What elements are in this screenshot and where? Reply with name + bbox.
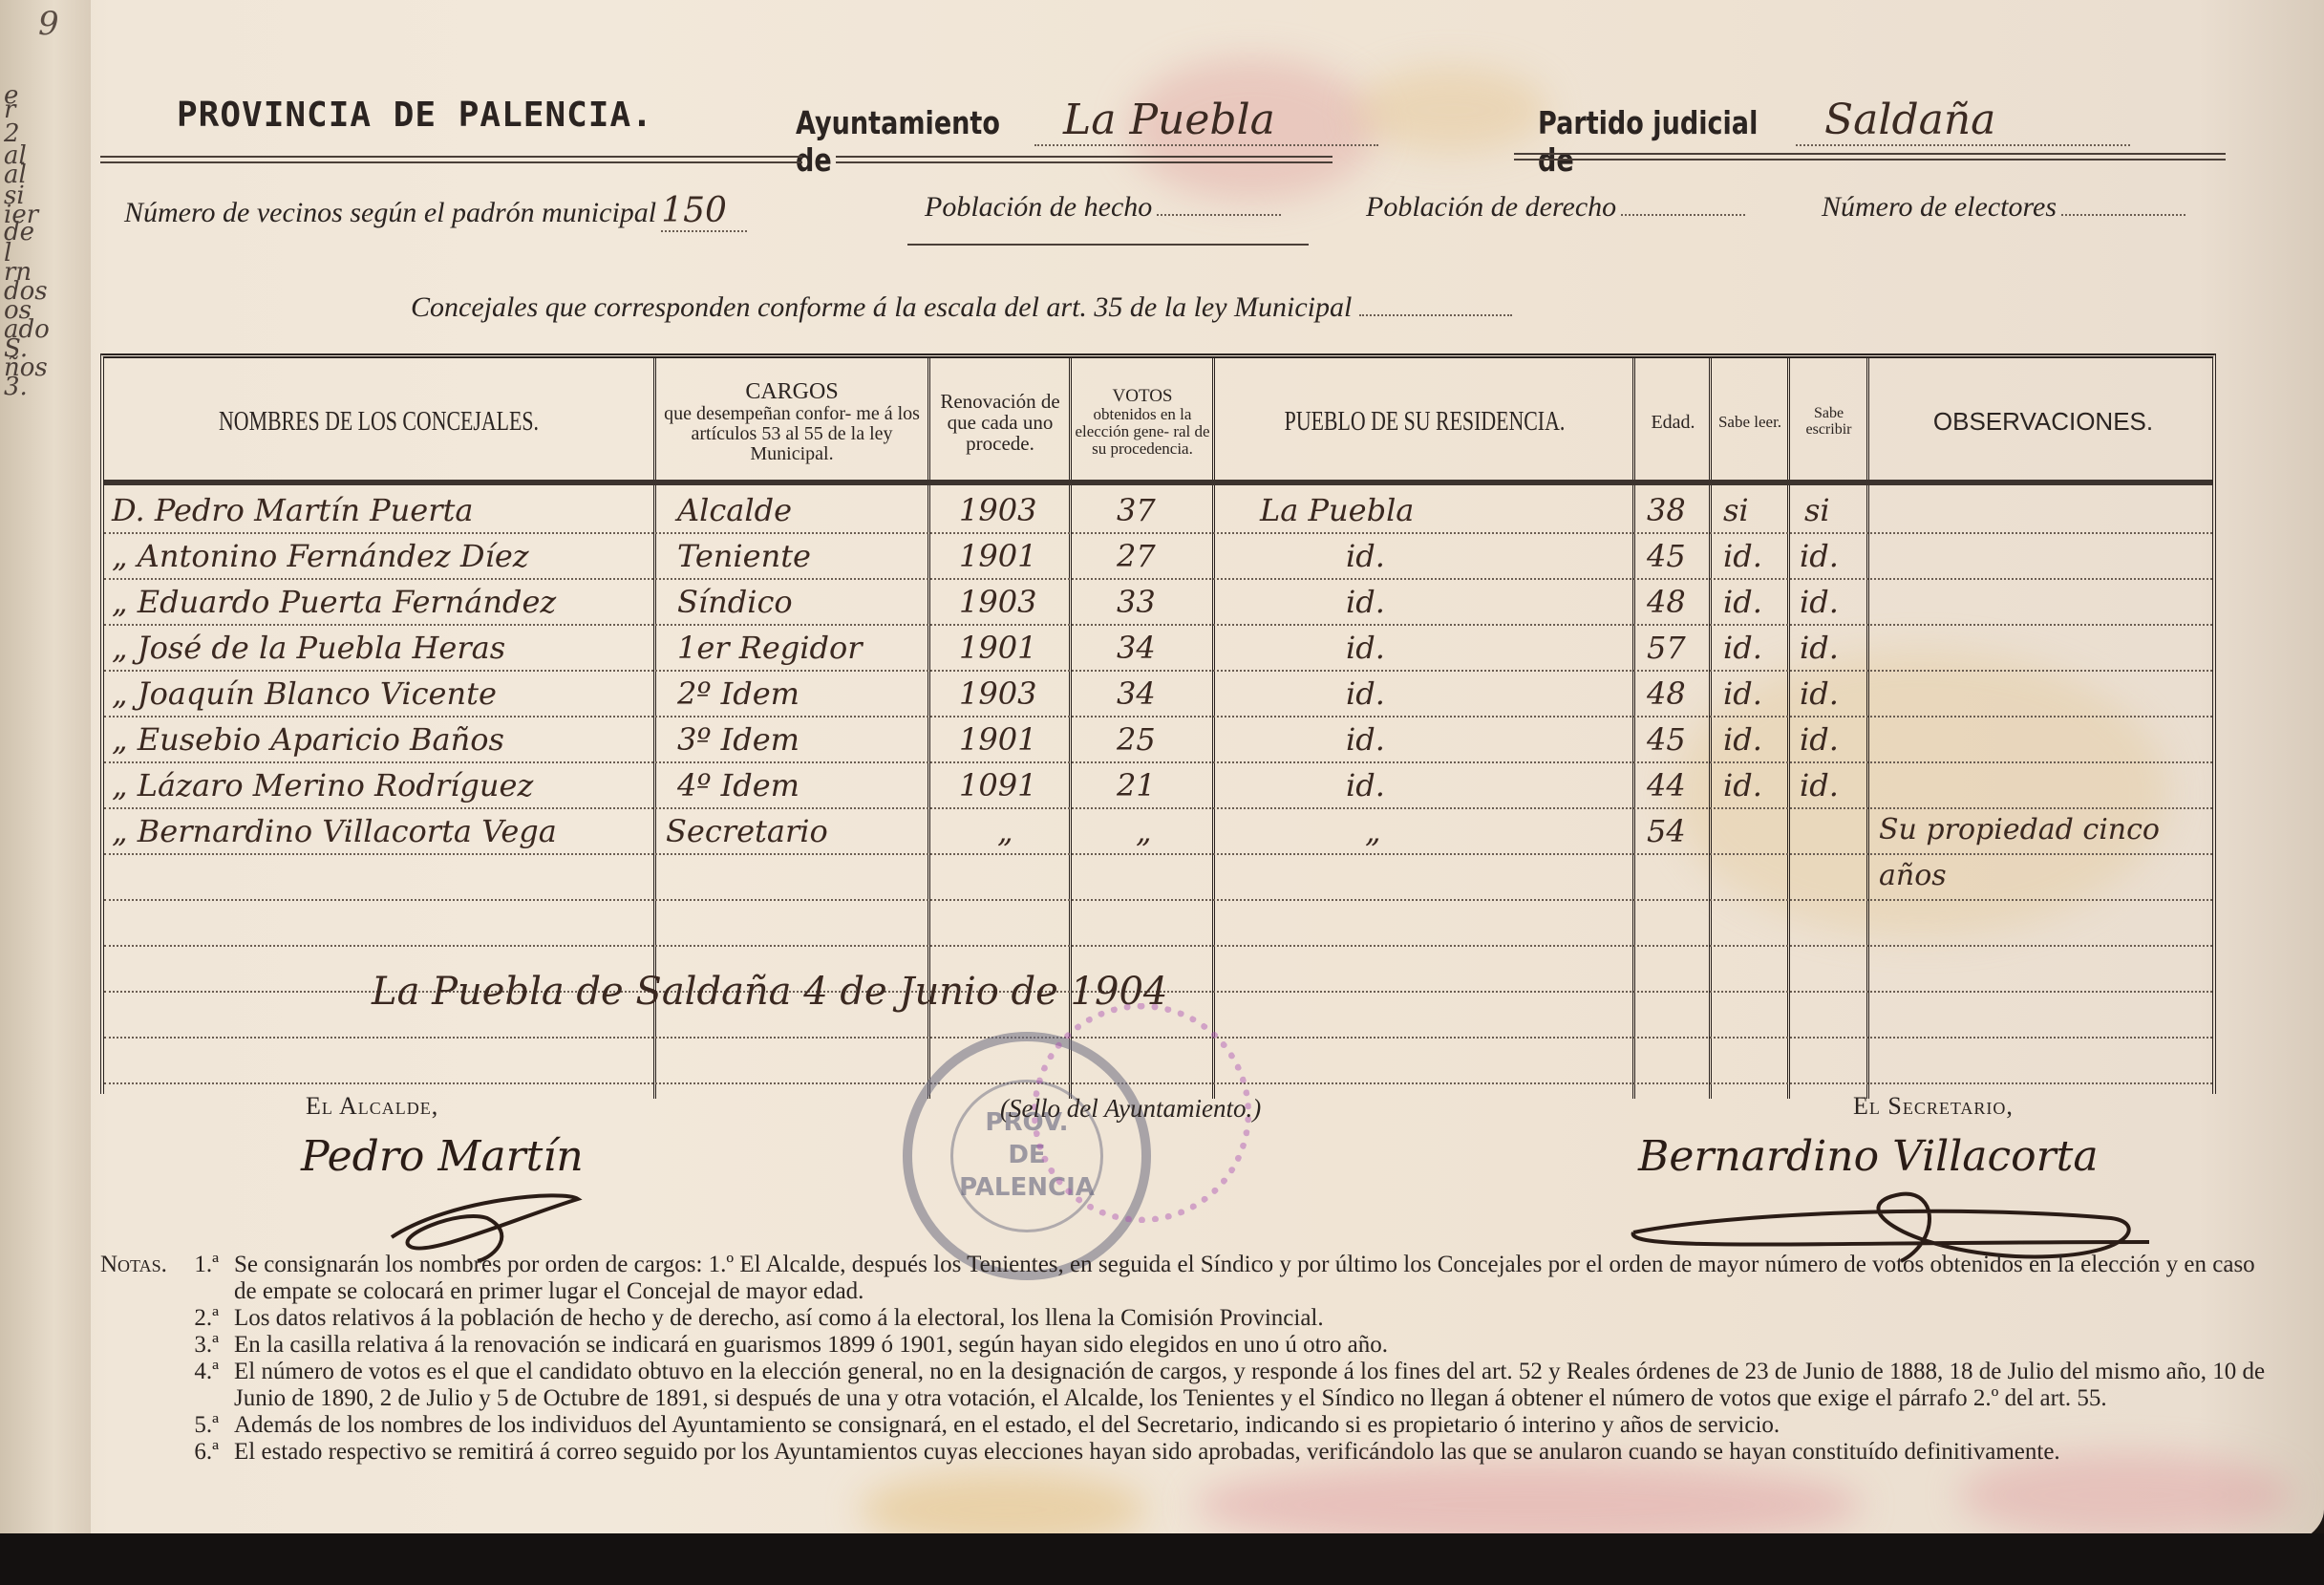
cell-cargo: Alcalde [677, 492, 792, 528]
electores-label: Número de electores [1822, 191, 2057, 223]
provincia-title: PROVINCIA DE PALENCIA. [177, 96, 653, 135]
cell-votos: „ [1136, 813, 1152, 849]
note-text: Los datos relativos á la población de he… [234, 1305, 2278, 1332]
document-page: 9 e r 2 al al si ier de l rn dos os ado … [0, 0, 2324, 1548]
electores-field: Número de electores [1822, 191, 2185, 229]
cell-votos: 27 [1117, 538, 1156, 574]
note-number: 5.ª [100, 1412, 234, 1439]
divider [1514, 153, 2226, 161]
cell-nombre: „ Eusebio Aparicio Baños [112, 721, 504, 758]
poblacion-derecho-field: Población de derecho [1366, 191, 1745, 229]
concejales-heading: Concejales que corresponden conforme á l… [411, 291, 1512, 324]
cell-renovacion: 1901 [959, 538, 1036, 574]
cell-sabe-leer: id. [1723, 630, 1762, 666]
cell-nombre: „ Lázaro Merino Rodríguez [112, 767, 533, 803]
column-divider [1632, 358, 1635, 1099]
cell-nombre: „ Bernardino Villacorta Vega [112, 813, 557, 849]
cell-renovacion: „ [997, 813, 1013, 849]
row-line [104, 945, 2212, 947]
cell-pueblo: id. [1346, 630, 1385, 666]
cell-votos: 25 [1117, 721, 1156, 758]
cell-sabe-leer: id. [1723, 767, 1762, 803]
cell-edad: 54 [1647, 813, 1686, 849]
cell-renovacion: 1091 [959, 767, 1036, 803]
row-line [104, 853, 2212, 855]
note-number: 2.ª [100, 1305, 234, 1332]
cell-pueblo: id. [1346, 584, 1385, 620]
cell-votos: 34 [1117, 630, 1156, 666]
cell-cargo: 1er Regidor [677, 630, 863, 666]
note-item: 4.ªEl número de votos es el que el candi… [100, 1359, 2278, 1412]
cell-sabe-escribir: id. [1800, 538, 1839, 574]
note-item: 3.ªEn la casilla relativa á la renovació… [100, 1332, 2278, 1359]
sello-caption: (Sello del Ayuntamiento.) [1000, 1094, 1261, 1124]
cell-nombre: „ José de la Puebla Heras [112, 630, 505, 666]
row-line [104, 807, 2212, 809]
header-cargos-title: CARGOS [745, 380, 838, 404]
header-cargos-subtitle: que desempeñan confor- me á los artículo… [658, 404, 926, 464]
row-line [104, 532, 2212, 534]
cell-sabe-leer: id. [1723, 584, 1762, 620]
row-line [104, 716, 2212, 718]
header-sabe-leer: Sabe leer. [1714, 366, 1786, 479]
cell-nombre: „ Eduardo Puerta Fernández [112, 584, 556, 620]
partido-label: Partido judicial de [1538, 104, 1797, 179]
cell-cargo: 4º Idem [677, 767, 800, 803]
divider [100, 156, 802, 163]
header-renovacion: Renovación de que cada uno procede. [932, 366, 1068, 479]
cell-sabe-leer: id. [1723, 721, 1762, 758]
header-observaciones: OBSERVACIONES. [1871, 366, 2215, 479]
header-edad: Edad. [1637, 366, 1709, 479]
concejales-heading-text: Concejales que corresponden conforme á l… [411, 291, 1352, 323]
header-nombres: NOMBRES DE LOS CONCEJALES. [164, 366, 593, 479]
notes-section: Notas. 1.ªSe consignarán los nombres por… [100, 1252, 2278, 1466]
stain [1356, 67, 1547, 153]
note-number: 3.ª [100, 1332, 234, 1359]
cell-sabe-escribir: id. [1800, 721, 1839, 758]
cell-pueblo: id. [1346, 538, 1385, 574]
column-divider [1709, 358, 1712, 1099]
cell-cargo: Teniente [677, 538, 811, 574]
alcalde-signature: Pedro Martín [301, 1132, 584, 1181]
divider [836, 156, 1333, 163]
note-text: Se consignarán los nombres por orden de … [234, 1252, 2278, 1305]
poblacion-hecho-field: Población de hecho [925, 191, 1281, 229]
divider [907, 244, 1309, 246]
note-text: En la casilla relativa á la renovación s… [234, 1332, 2278, 1359]
cell-nombre: „ Joaquín Blanco Vicente [112, 675, 497, 712]
note-item: 5.ªAdemás de los nombres de los individu… [100, 1412, 2278, 1439]
cell-observaciones: años [1879, 859, 1947, 892]
electores-value [2061, 214, 2185, 216]
note-number: 6.ª [100, 1439, 234, 1466]
cell-sabe-escribir: id. [1800, 584, 1839, 620]
note-text: El número de votos es el que el candidat… [234, 1359, 2278, 1412]
binding-text-fragment: 3. [4, 373, 28, 401]
row-line [104, 578, 2212, 580]
cell-pueblo: id. [1346, 721, 1385, 758]
ayuntamiento-row: Ayuntamiento de La Puebla [796, 96, 1378, 143]
vecinos-value: 150 [661, 191, 747, 232]
binding-gutter: 9 e r 2 al al si ier de l rn dos os ado … [0, 0, 91, 1548]
cell-edad: 57 [1647, 630, 1686, 666]
cell-cargo: 2º Idem [677, 675, 800, 712]
cell-votos: 37 [1117, 492, 1156, 528]
cell-renovacion: 1901 [959, 630, 1036, 666]
page-number: 9 [38, 5, 59, 43]
header-pueblo: PUEBLO DE SU RESIDENCIA. [1263, 366, 1587, 479]
header-votos-title: VOTOS [1113, 387, 1173, 406]
note-text: Además de los nombres de los individuos … [234, 1412, 2278, 1439]
cell-nombre: „ Antonino Fernández Díez [112, 538, 529, 574]
cell-sabe-escribir: id. [1800, 675, 1839, 712]
row-line [104, 899, 2212, 901]
header-divider [104, 480, 2212, 485]
concejales-count-value [1359, 314, 1512, 316]
column-divider [1866, 358, 1869, 1099]
cell-nombre: D. Pedro Martín Puerta [112, 492, 473, 528]
cell-renovacion: 1903 [959, 492, 1036, 528]
alcalde-label: El Alcalde, [306, 1092, 438, 1121]
cell-sabe-leer: id. [1723, 675, 1762, 712]
cell-renovacion: 1901 [959, 721, 1036, 758]
cell-sabe-escribir: id. [1800, 767, 1839, 803]
cell-renovacion: 1903 [959, 675, 1036, 712]
cell-pueblo: La Puebla [1260, 492, 1414, 528]
note-item: 2.ªLos datos relativos á la población de… [100, 1305, 2278, 1332]
note-text: El estado respectivo se remitirá á corre… [234, 1439, 2278, 1466]
cell-sabe-leer: id. [1723, 538, 1762, 574]
cell-edad: 38 [1647, 492, 1686, 528]
cell-votos: 33 [1117, 584, 1156, 620]
header-votos: VOTOS obtenidos en la elección gene- ral… [1074, 366, 1211, 479]
cell-sabe-leer: si [1723, 492, 1749, 528]
note-item: 6.ªEl estado respectivo se remitirá á co… [100, 1439, 2278, 1466]
concejales-table: NOMBRES DE LOS CONCEJALES. CARGOS que de… [100, 353, 2216, 1094]
vecinos-label: Número de vecinos según el padrón munici… [124, 197, 656, 228]
cell-renovacion: 1903 [959, 584, 1036, 620]
cell-edad: 48 [1647, 675, 1686, 712]
column-divider [1212, 358, 1215, 1099]
poblacion-hecho-label: Población de hecho [925, 191, 1152, 223]
cell-pueblo: „ [1365, 813, 1381, 849]
cell-votos: 21 [1117, 767, 1156, 803]
header-cargos: CARGOS que desempeñan confor- me á los a… [658, 366, 926, 479]
cell-edad: 48 [1647, 584, 1686, 620]
cell-edad: 45 [1647, 721, 1686, 758]
cell-edad: 44 [1647, 767, 1686, 803]
vecinos-field: Número de vecinos según el padrón munici… [124, 191, 747, 229]
note-number: 4.ª [100, 1359, 234, 1412]
cell-pueblo: id. [1346, 767, 1385, 803]
cell-edad: 45 [1647, 538, 1686, 574]
notes-heading: Notas. [100, 1252, 167, 1278]
cell-sabe-escribir: si [1804, 492, 1830, 528]
cell-cargo: Secretario [666, 813, 828, 849]
provincia-title-row: PROVINCIA DE PALENCIA. [177, 96, 653, 143]
column-divider [1787, 358, 1790, 1099]
poblacion-derecho-value [1621, 214, 1745, 216]
header-votos-subtitle: obtenidos en la elección gene- ral de su… [1074, 406, 1211, 458]
place-date: La Puebla de Saldaña 4 de Junio de 1904 [372, 970, 1167, 1014]
cell-sabe-escribir: id. [1800, 630, 1839, 666]
cell-pueblo: id. [1346, 675, 1385, 712]
partido-value: Saldaña [1796, 96, 2130, 146]
cell-cargo: Síndico [677, 584, 793, 620]
scan-background [0, 1533, 2324, 1585]
ayuntamiento-value: La Puebla [1034, 96, 1378, 146]
row-line [104, 761, 2212, 763]
note-item: 1.ªSe consignarán los nombres por orden … [100, 1252, 2278, 1305]
header-sabe-escribir: Sabe escribir [1792, 366, 1866, 479]
ayuntamiento-label: Ayuntamiento de [796, 104, 1031, 179]
row-line [104, 624, 2212, 626]
cell-observaciones: Su propiedad cinco [1879, 813, 2160, 846]
row-line [104, 670, 2212, 672]
partido-row: Partido judicial de Saldaña [1538, 96, 2130, 143]
secretario-label: El Secretario, [1853, 1092, 2014, 1121]
poblacion-derecho-label: Población de derecho [1366, 191, 1616, 223]
cell-votos: 34 [1117, 675, 1156, 712]
poblacion-hecho-value [1157, 214, 1281, 216]
cell-cargo: 3º Idem [677, 721, 800, 758]
